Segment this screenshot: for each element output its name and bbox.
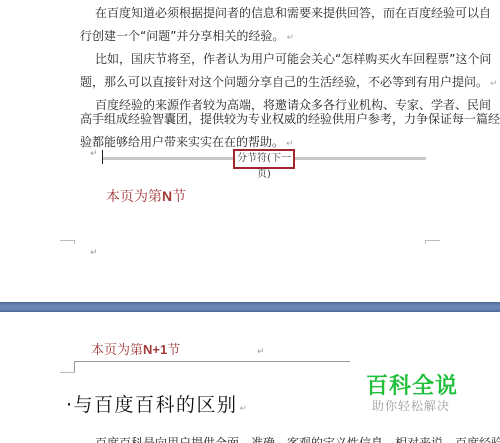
text: 在百度知道必须根据提问者的信息和需要来提供回答，而在百度经验可以自 — [95, 6, 491, 20]
header-divider — [75, 361, 350, 362]
paragraph-1-line-1: 在百度知道必须根据提问者的信息和需要来提供回答，而在百度经验可以自 — [95, 4, 491, 21]
text: 节 — [172, 189, 186, 205]
watermark-logo-subtitle: 助你轻松解决 — [372, 397, 450, 414]
text: 题，那么可以直接针对这个问题分享自己的生活经验，不必等到有用户提问。 — [80, 75, 488, 89]
paragraph-3-line-3: 验都能够给用户带来实实在在的帮助。↵ — [80, 133, 294, 150]
paragraph-mark-icon: ↵ — [490, 79, 498, 89]
paragraph-mark-icon: ↵ — [90, 149, 98, 159]
section-heading: ·与百度百科的区别↵ — [66, 390, 249, 417]
text: 比如，国庆节将至，作者认为用户可能会关心“怎样购买火车回程票”这个问 — [95, 52, 491, 66]
page-gap — [0, 302, 500, 312]
crop-mark-icon — [425, 240, 440, 244]
document-page-1: 在百度知道必须根据提问者的信息和需要来提供回答，而在百度经验可以自 行创建一个“… — [0, 0, 500, 302]
text: ·与百度百科的区别 — [66, 394, 238, 416]
text: 行创建一个“问题”并分享相关的经验。 — [80, 29, 284, 43]
text: 高手组成经验智囊团，提供较为专业权威的经验供用户参考，力争保证每一篇经 — [80, 112, 500, 126]
text: 验都能够给用户带来实实在在的帮助。 — [80, 135, 284, 149]
text: N+1 — [143, 342, 167, 357]
paragraph-1-line-2: 行创建一个“问题”并分享相关的经验。↵ — [80, 27, 294, 44]
section-break-label[interactable]: 分节符(下一页) — [233, 149, 295, 169]
paragraph-mark-icon: ↵ — [286, 139, 294, 149]
paragraph-mark-icon: ↵ — [286, 33, 294, 43]
paragraph-mark-icon: ↵ — [90, 248, 98, 258]
crop-mark-icon — [60, 372, 75, 373]
body-text-partial: 百度百科是向用户提供全面、准确、客观的定义性信息，相对来说，百度经验 — [95, 434, 500, 443]
watermark-logo-title: 百科全说 — [366, 369, 458, 400]
paragraph-mark-icon: ↵ — [257, 347, 265, 357]
paragraph-3-line-2: 高手组成经验智囊团，提供较为专业权威的经验供用户参考，力争保证每一篇经 — [80, 110, 500, 127]
text: N — [162, 188, 172, 204]
paragraph-2-line-1: 比如，国庆节将至，作者认为用户可能会关心“怎样购买火车回程票”这个问 — [95, 50, 491, 67]
paragraph-2-line-2: 题，那么可以直接针对这个问题分享自己的生活经验，不必等到有用户提问。↵ — [80, 73, 498, 90]
text: 本页为第 — [106, 189, 162, 205]
crop-mark-icon — [60, 240, 75, 244]
paragraph-mark-icon: ↵ — [240, 404, 249, 414]
text: 节 — [167, 343, 180, 358]
text: 本页为第 — [91, 343, 143, 358]
section-n-plus-1-header[interactable]: 本页为第N+1节 — [91, 339, 180, 358]
section-n-label: 本页为第N节 — [106, 186, 186, 206]
